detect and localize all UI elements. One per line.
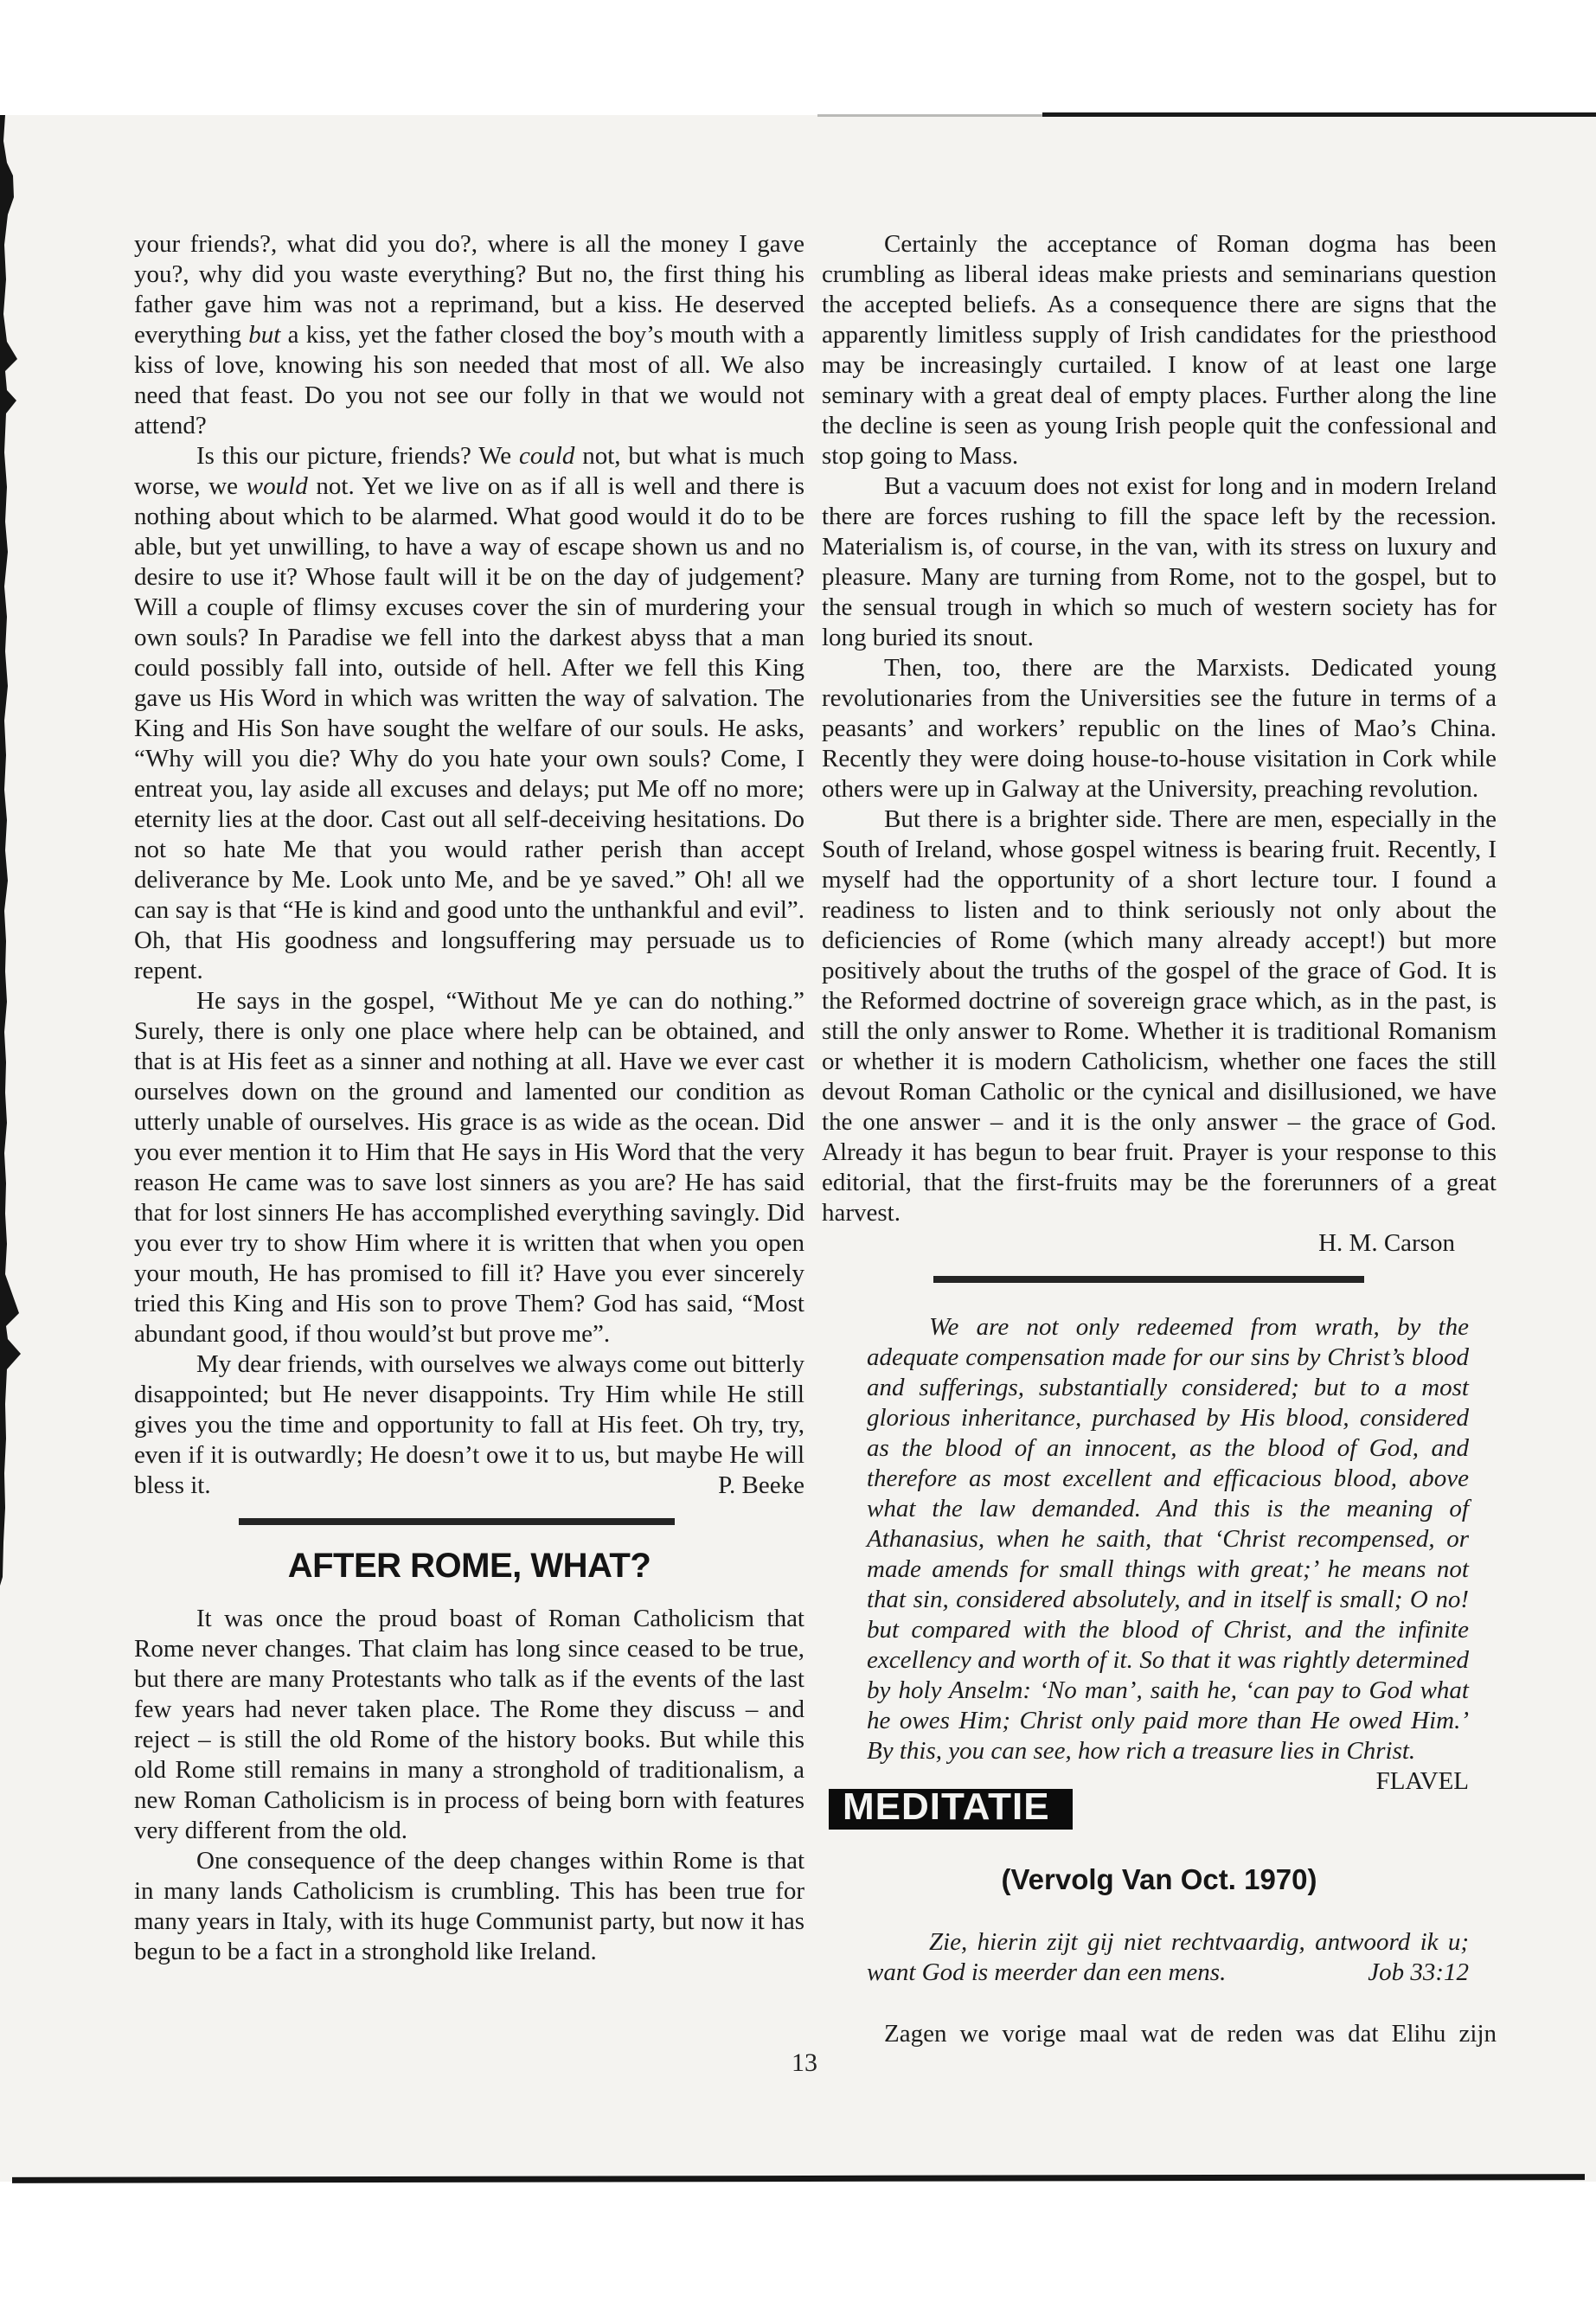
editorial-signature: H. M. Carson [822, 1228, 1497, 1259]
left-column: your friends?, what did you do?, where i… [134, 229, 804, 1967]
flavel-quote: We are not only redeemed from wrath, by … [867, 1312, 1469, 1766]
paragraph: But there is a brighter side. There are … [822, 804, 1497, 1228]
paragraph: your friends?, what did you do?, where i… [134, 229, 804, 441]
meditatie-header-label: MEDITATIE [843, 1785, 1050, 1828]
article-title: AFTER ROME, WHAT? [134, 1551, 804, 1581]
paragraph: Certainly the acceptance of Roman dogma … [822, 229, 1497, 471]
paragraph: Then, too, there are the Marxists. Dedic… [822, 653, 1497, 804]
paragraph: Is this our picture, friends? We could n… [134, 441, 804, 986]
editorial-body: Certainly the acceptance of Roman dogma … [822, 229, 1497, 1228]
paragraph: He says in the gospel, “Without Me ye ca… [134, 986, 804, 1349]
paragraph: My dear friends, with ourselves we alway… [134, 1349, 804, 1501]
paragraph: But a vacuum does not exist for long and… [822, 471, 1497, 653]
signature: Job 33:12 [1305, 1958, 1469, 1988]
paragraph: One consequence of the deep changes with… [134, 1846, 804, 1967]
signature: P. Beeke [656, 1471, 804, 1501]
article-continuation: your friends?, what did you do?, where i… [134, 229, 804, 1501]
meditatie-header: MEDITATIE [829, 1789, 1073, 1830]
article-after-rome-body: It was once the proud boast of Roman Cat… [134, 1604, 804, 1967]
signature: FLAVEL [1314, 1766, 1469, 1797]
meditatie-subtitle: (Vervolg Van Oct. 1970) [822, 1864, 1497, 1894]
paragraph: We are not only redeemed from wrath, by … [867, 1312, 1469, 1766]
section-divider-left [239, 1518, 675, 1525]
paragraph: Zagen we vorige maal wat de reden was da… [822, 2019, 1497, 2049]
meditatie-verse: Zie, hierin zijt gij niet rechtvaardig, … [867, 1927, 1469, 1988]
scanned-magazine-page: your friends?, what did you do?, where i… [0, 0, 1596, 2301]
paragraph: It was once the proud boast of Roman Cat… [134, 1604, 804, 1846]
right-column: Certainly the acceptance of Roman dogma … [822, 229, 1497, 2049]
page-top-edge [1042, 112, 1596, 117]
page-top-edge-faint [817, 114, 1044, 117]
page-number: 13 [774, 2048, 835, 2078]
paragraph: Zie, hierin zijt gij niet rechtvaardig, … [867, 1927, 1469, 1988]
meditatie-body: Zagen we vorige maal wat de reden was da… [822, 2019, 1497, 2049]
scan-binding-edge-artifact [0, 115, 22, 1586]
section-divider-right [933, 1276, 1364, 1283]
